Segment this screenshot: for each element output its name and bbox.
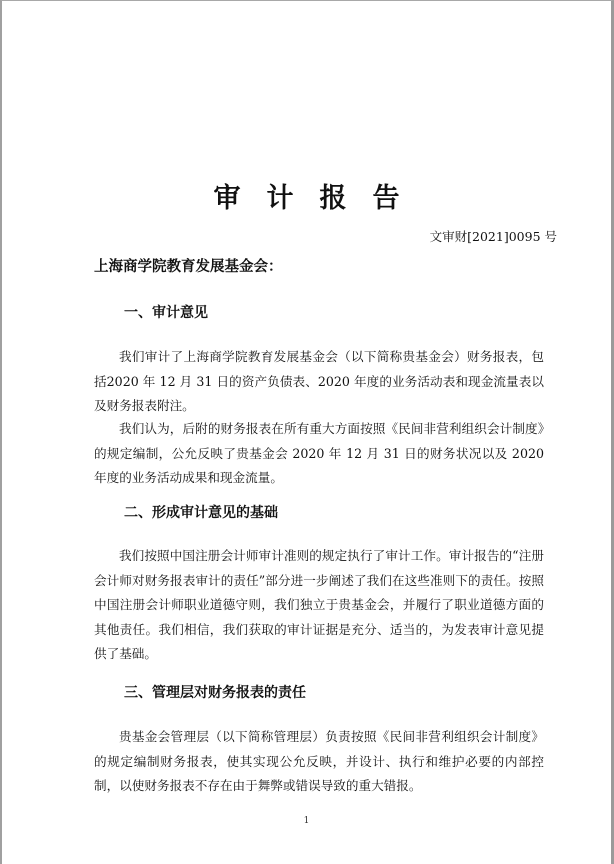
report-title: 审计报告 <box>2 182 611 216</box>
section-heading-management-responsibility: 三、管理层对财务报表的责任 <box>124 683 306 703</box>
paragraph-audit-scope: 我们审计了上海商学院教育发展基金会（以下简称贵基金会）财务报表，包括2020 年… <box>94 345 544 419</box>
section-heading-audit-opinion: 一、审计意见 <box>124 303 208 323</box>
addressee: 上海商学院教育发展基金会： <box>94 257 283 277</box>
document-number: 文审财[2021]0095 号 <box>430 229 557 245</box>
paragraph-audit-opinion: 我们认为，后附的财务报表在所有重大方面按照《民间非营利组织会计制度》的规定编制，… <box>94 417 544 491</box>
document-page: 审计报告 文审财[2021]0095 号 上海商学院教育发展基金会： 一、审计意… <box>0 0 614 864</box>
page-number: 1 <box>2 815 611 827</box>
paragraph-basis-for-opinion: 我们按照中国注册会计师审计准则的规定执行了审计工作。审计报告的“注册会计师对财务… <box>94 544 544 667</box>
paragraph-management-responsibility: 贵基金会管理层（以下简称管理层）负责按照《民间非营利组织会计制度》的规定编制财务… <box>94 725 544 799</box>
section-heading-basis-for-opinion: 二、形成审计意见的基础 <box>124 503 278 523</box>
